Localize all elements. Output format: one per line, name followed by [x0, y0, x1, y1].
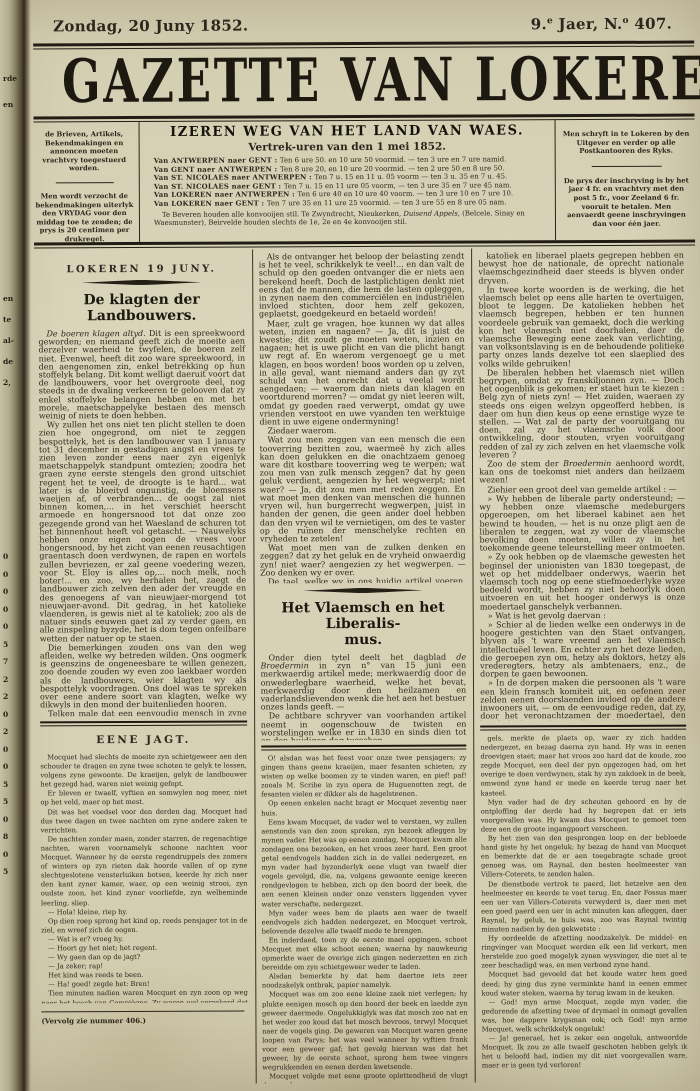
title-block: GAZETTE VAN LOKEREN.: [31, 48, 696, 117]
paragraph: De dienstbode vertrok te paerd, liet het…: [481, 879, 687, 934]
newspaper-page: rde en en te al- de 2, 0 0 0 0 0 5 7 2 2…: [0, 0, 700, 1091]
paragraph: Mocquet volgde met eene groote oplettend…: [262, 1072, 468, 1084]
quoted-paragraph: » Wy hebben de liberale party ondersteun…: [479, 494, 685, 552]
schedule-rows: Van ANTWERPEN naer GENT : Ten 6 ure 50. …: [154, 155, 541, 208]
article-body: katoliek en liberael plaets gegrepen heb…: [478, 252, 686, 721]
paragraph: Op eenen enkelen nacht bragt er Mocquet …: [261, 799, 467, 818]
masthead-date: Zondag, 20 Juny 1852.: [53, 17, 248, 36]
paragraph: De nachten zonder maen, zonder starren, …: [41, 834, 248, 908]
paragraph: Myn vader had de dry scheuten gehoord en…: [481, 797, 687, 834]
paragraph: Eens kwam Mocquet, de vader wel te verst…: [261, 817, 467, 909]
edge-text-fragment: en te al- de 2,: [3, 288, 14, 393]
header-band: de Brieven, Artikels, Bekendmakingen en …: [32, 120, 698, 243]
paragraph: Op dien roep sprong het kind op, reeds p…: [41, 916, 248, 935]
edge-text-fragment: rde en: [3, 66, 17, 118]
paragraph: Zoo de stem der Broedermin aenhoord word…: [479, 460, 685, 486]
column-left: LOKEREN 19 JUNY. De klagten der Landbouw…: [32, 249, 255, 1084]
submission-notice: de Brieven, Artikels, Bekendmakingen en …: [32, 122, 141, 242]
paragraph: gels, merkte de plaets op, waer zy zich …: [480, 734, 686, 799]
article-body: De boeren klagen altyd. Dit is een spree…: [38, 330, 246, 717]
continuation-note: (Vervolg zie nummer 406.): [41, 1016, 248, 1026]
paragraph: Tien minuten nadien waren Mocquet en zyn…: [41, 989, 248, 1003]
paragraph: De achtbare schryver van voorhanden arti…: [261, 712, 467, 740]
swelled-rule-ornament: [82, 280, 202, 286]
feuilleton-body: gels, merkte de plaets op, waer zy zich …: [480, 734, 687, 1077]
paragraph: Wy zullen het ons niet ten plicht stelle…: [39, 421, 247, 643]
section-rule: [40, 721, 247, 727]
paragraph: O! alsdan was het feest voor onze twee p…: [261, 754, 467, 800]
paragraph: Als de ontvanger het beloop der belastin…: [259, 253, 465, 320]
paragraph: Mocquet was om zoo eene kleine zaek niet…: [262, 990, 468, 1073]
paragraph: Myn vader wees hem de plaets aen waer de…: [262, 908, 468, 936]
paragraph: — God! myn arme Mocquet, zegde myn vader…: [482, 997, 688, 1034]
article-headline: De klagten der Landbouwers.: [38, 292, 245, 325]
notice-line: Men wordt verzocht de bekendmakingen uit…: [34, 192, 135, 244]
mini-rule: [591, 165, 661, 166]
section-rule: [261, 745, 467, 751]
paragraph: Wat zou men zeggen van een mensch die ee…: [259, 436, 465, 544]
schedule-row: Van LOKEREN naer GENT : Ten 7 ure 35 en …: [154, 198, 541, 208]
paragraph: — Ja! generael, het is zeker een ongeluk…: [482, 1034, 688, 1071]
feuilleton-body: Mocquet had slechts de moeite zyn schiet…: [40, 753, 248, 1004]
masthead-issue: 9.e Jaer, N.o 407.: [531, 15, 672, 34]
paragraph: Onder dien tytel deelt het dagblad de Br…: [260, 654, 466, 712]
section-rule: [480, 725, 686, 731]
schedule-subtitle: Vertrek-uren van den 1 mei 1852.: [148, 140, 547, 154]
paragraph: Mocquet had gevoeld dat het koude water …: [481, 970, 687, 998]
quoted-paragraph: » In de dorpen maken die persoonen als '…: [480, 679, 686, 721]
schedule-note: Te Beveren houden alle konvooijen stil. …: [154, 209, 541, 228]
article-headline: Het Vlaemsch en het Liberalis- mus.: [260, 600, 466, 649]
paragraph: Mocquet had slechts de moeite zyn schiet…: [40, 753, 247, 790]
newspaper-title: GAZETTE VAN LOKEREN.: [62, 43, 700, 117]
mini-rule: [55, 182, 113, 183]
masthead: Zondag, 20 Juny 1852. 9.e Jaer, N.o 407.: [53, 15, 672, 36]
thin-rule: [41, 1011, 244, 1013]
paragraph: In twee korte woorden is de werking, die…: [478, 285, 684, 368]
schedule-title: IZEREN WEG VAN HET LAND VAN WAES.: [148, 123, 547, 140]
notice-line: de Brieven, Artikels, Bekendmakingen en …: [34, 130, 135, 173]
paragraph: De liberalen hebben het vlaemsch niet wi…: [479, 368, 685, 459]
paragraph: Telken male dat een eenvoudig mensch in …: [40, 710, 247, 717]
body-columns: LOKEREN 19 JUNY. De klagten der Landbouw…: [32, 248, 700, 1085]
paragraph: Dit was het voedsel voor den derden dag.…: [41, 807, 248, 835]
paragraph: Hy oordeelde de afzetting noodzakelyk. D…: [481, 934, 687, 971]
paragraph: Wat moet men van de zulken denken en zeg…: [260, 544, 466, 578]
column-right: katoliek en liberael plaets gegrepen heb…: [471, 248, 694, 1083]
paragraph: By het zien van den gesprongen loop en d…: [481, 834, 687, 880]
paragraph: De tael, welke wy in ons huidig artikel …: [260, 577, 466, 583]
paragraph: De boeren klagen altyd. Dit is een spree…: [38, 330, 245, 421]
swelled-rule-ornament: [303, 588, 423, 594]
feuilleton-headline: EENE JAGT.: [40, 734, 247, 747]
paragraph: Die bemerkingen zouden ons van den weg a…: [40, 643, 247, 710]
torn-page-edge: [0, 0, 31, 1091]
paragraph: Maer, zult ge vragen, hoe kunnen wy dat …: [259, 319, 465, 427]
edge-number-fragments: 0 0 0 0 0 5 7 2 2 0 2 0 0 5 5 0 8 0 5: [3, 548, 8, 881]
quoted-paragraph: » Zy ook hebben op de vlaemsche gewesten…: [480, 553, 686, 611]
notice-line: Men schryft in te Lokeren by den Uitgeve…: [562, 130, 691, 156]
paragraph: katoliek en liberael plaets gegrepen heb…: [478, 252, 684, 286]
paragraph: En inderdaed, toen zy de eerste mael opg…: [262, 935, 468, 972]
article-body: Onder dien tytel deelt het dagblad de Br…: [260, 654, 466, 741]
article-body: Als de ontvanger het beloop der belastin…: [259, 253, 466, 584]
dateline: LOKEREN 19 JUNY.: [38, 264, 245, 276]
quoted-paragraph: » Schier al de lieden welke een onderwys…: [480, 621, 686, 679]
railway-schedule: IZEREN WEG VAN HET LAND VAN WAES. Vertre…: [140, 120, 556, 242]
column-middle: Als de ontvanger het beloop der belastin…: [252, 249, 475, 1084]
paragraph: Er bleven er twaelf, vyftien en somwylen…: [40, 789, 247, 808]
page-content: Zondag, 20 Juny 1852. 9.e Jaer, N.o 407.…: [31, 0, 700, 1084]
notice-line: De prys der inschryving is by het jaer 4…: [562, 176, 691, 228]
subscription-notice: Men schryft in te Lokeren by den Uitgeve…: [555, 120, 698, 241]
paragraph: Alsdan bemerkte hy dat hem daertoe iets …: [262, 972, 468, 991]
feuilleton-body: O! alsdan was het feest voor onze twee p…: [261, 754, 468, 1084]
